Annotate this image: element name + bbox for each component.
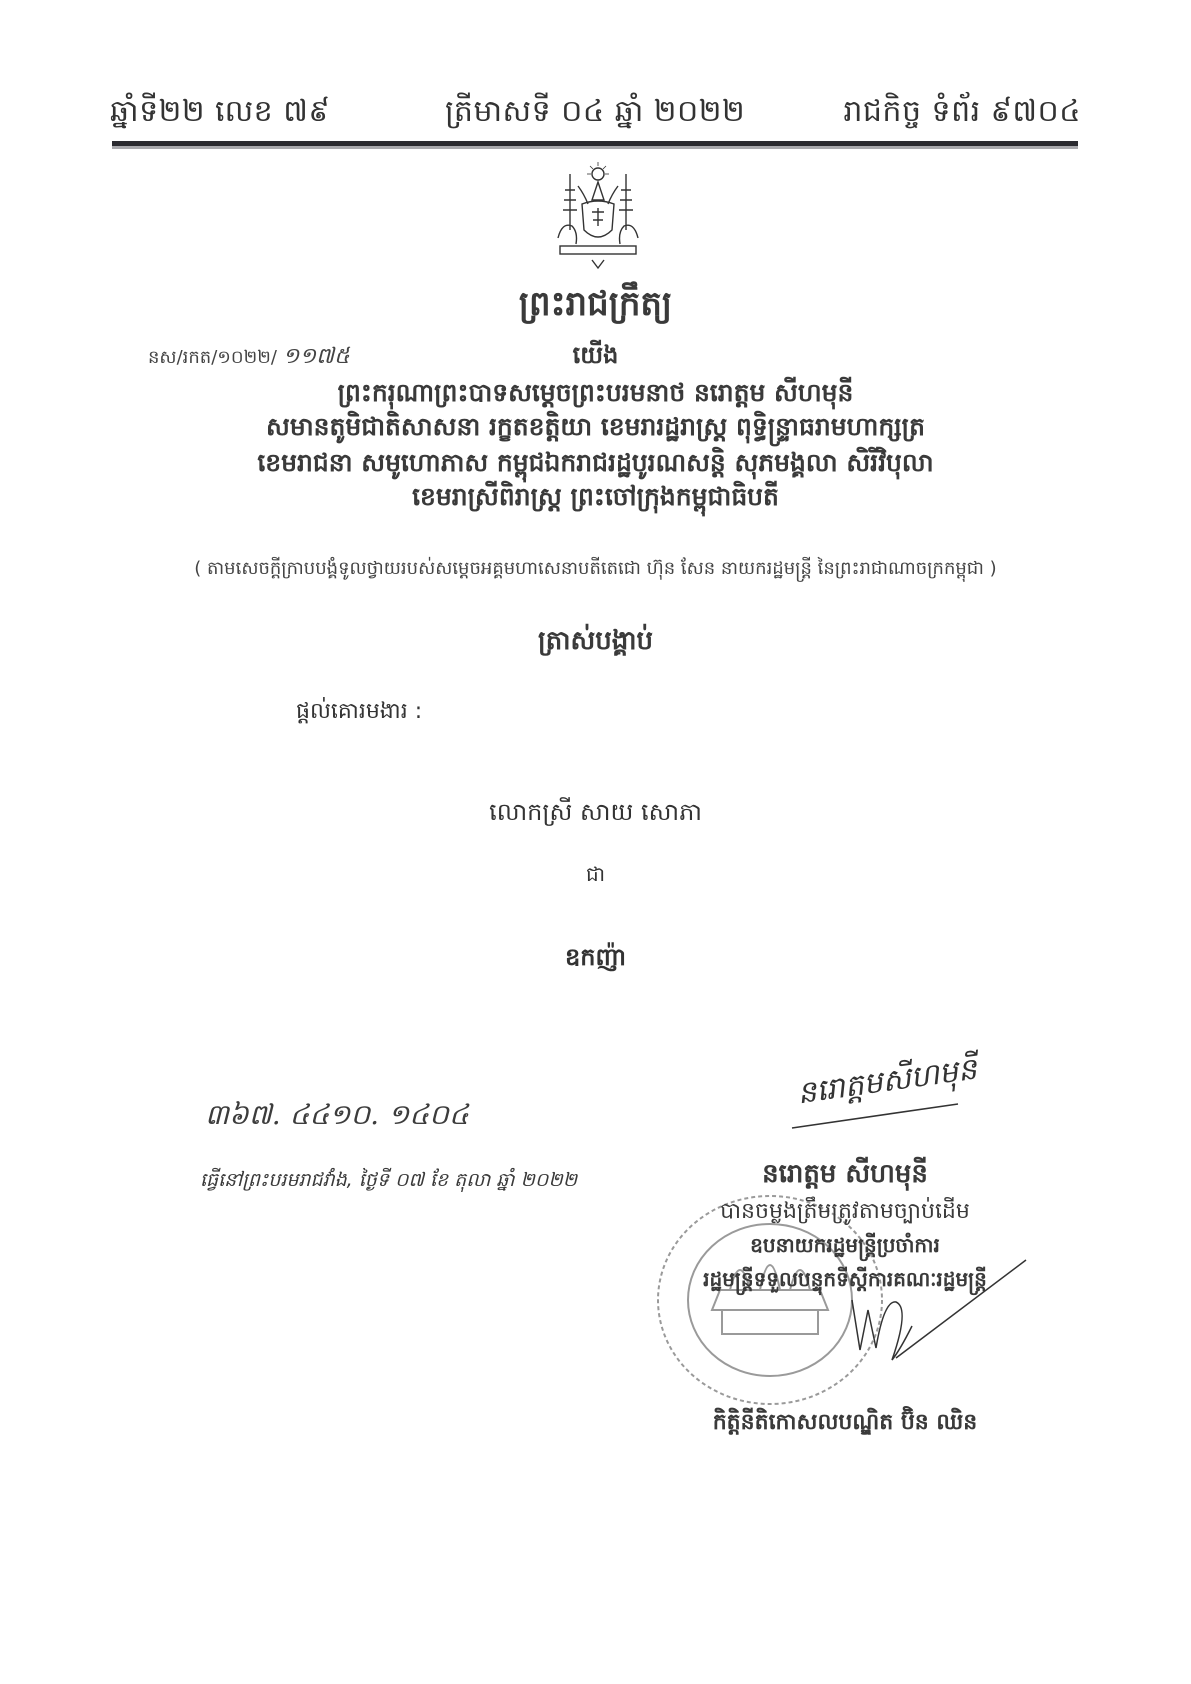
official-name: កិត្តិនីតិកោសលបណ្ឌិត ប៊ិន ឈិន (620, 1408, 1070, 1440)
handwritten-number: ៣៦៧. ៤៤១០. ១៤០៤ (205, 1097, 469, 1138)
proposal-note: ( តាមសេចក្តីក្រាបបង្គំទូលថ្វាយរបស់សម្តេច… (0, 556, 1191, 583)
awarded-rank: ឧកញ៉ា (0, 942, 1191, 977)
as-word: ជា (0, 861, 1191, 891)
king-title-line: ព្រះករុណាព្រះបាទសម្តេចព្រះបរមនាថ នរោត្តម… (0, 378, 1191, 414)
official-position-1: ឧបនាយករដ្ឋមន្ត្រីប្រចាំការ (620, 1232, 1070, 1262)
gazette-quarter: ត្រីមាសទី ០៤ ឆ្នាំ ២០២២ (445, 92, 745, 136)
gazette-year-issue: ឆ្នាំទី២២ លេខ ៧៩ (110, 92, 330, 136)
royal-coat-of-arms-icon (548, 160, 648, 272)
official-position-2: រដ្ឋមន្ត្រីទទួលបន្ទុកទីស្តីការគណៈរដ្ឋមន្… (620, 1266, 1070, 1296)
header-rule-shadow (112, 146, 1078, 149)
king-title-line: ខេមរាជនា សមូហោភាស កម្ពុជឯករាជរដ្ឋបូរណសន្… (0, 448, 1191, 484)
gazette-page-number: រាជកិច្ច ទំព័រ ៩៧០៤ (843, 92, 1081, 136)
certified-copy-note: បានចម្លងត្រឹមត្រូវតាមច្បាប់ដើម (620, 1197, 1070, 1229)
king-title-line: ខេមរាស្រីពិរាស្ត្រ ព្រះចៅក្រុងកម្ពុជាធិប… (0, 482, 1191, 518)
king-title-line: សមានតូមិជាតិសាសនា រក្ខតខត្តិយា ខេមរារដ្ឋ… (0, 412, 1191, 448)
decree-heading: ត្រាស់បង្គាប់ (0, 624, 1191, 662)
we-heading: យើង (0, 340, 1191, 375)
recipient-name: លោកស្រី សាយ សោភា (0, 797, 1191, 832)
king-printed-name: នរោត្តម សីហមុនី (620, 1157, 1070, 1195)
place-and-date: ធ្វើនៅព្រះបរមរាជវាំង, ថ្ងៃទី ០៧ ខែ តុលា … (200, 1168, 577, 1196)
document-title: ព្រះរាជក្រឹត្យ (0, 282, 1191, 332)
award-label: ផ្តល់គោរមងារ : (296, 697, 422, 729)
signature-underline-icon (790, 1050, 970, 1140)
